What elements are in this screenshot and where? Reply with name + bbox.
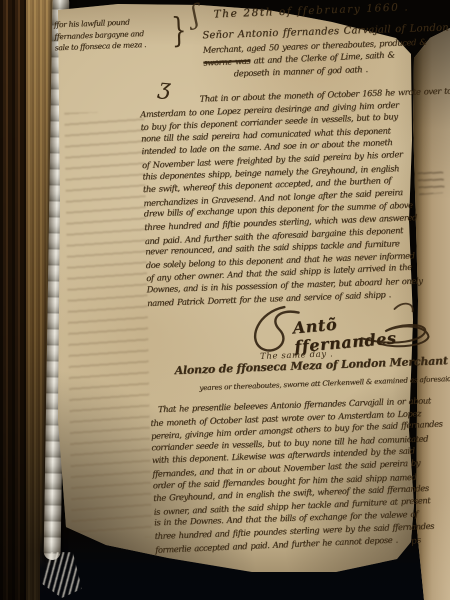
bleedthrough-text — [64, 111, 151, 538]
facing-page-note-smudge — [417, 169, 445, 195]
manuscript-photo: ffor his lawfull pound ffernandes bargay… — [0, 0, 450, 600]
facing-page — [408, 0, 450, 600]
manuscript-page — [0, 0, 450, 600]
